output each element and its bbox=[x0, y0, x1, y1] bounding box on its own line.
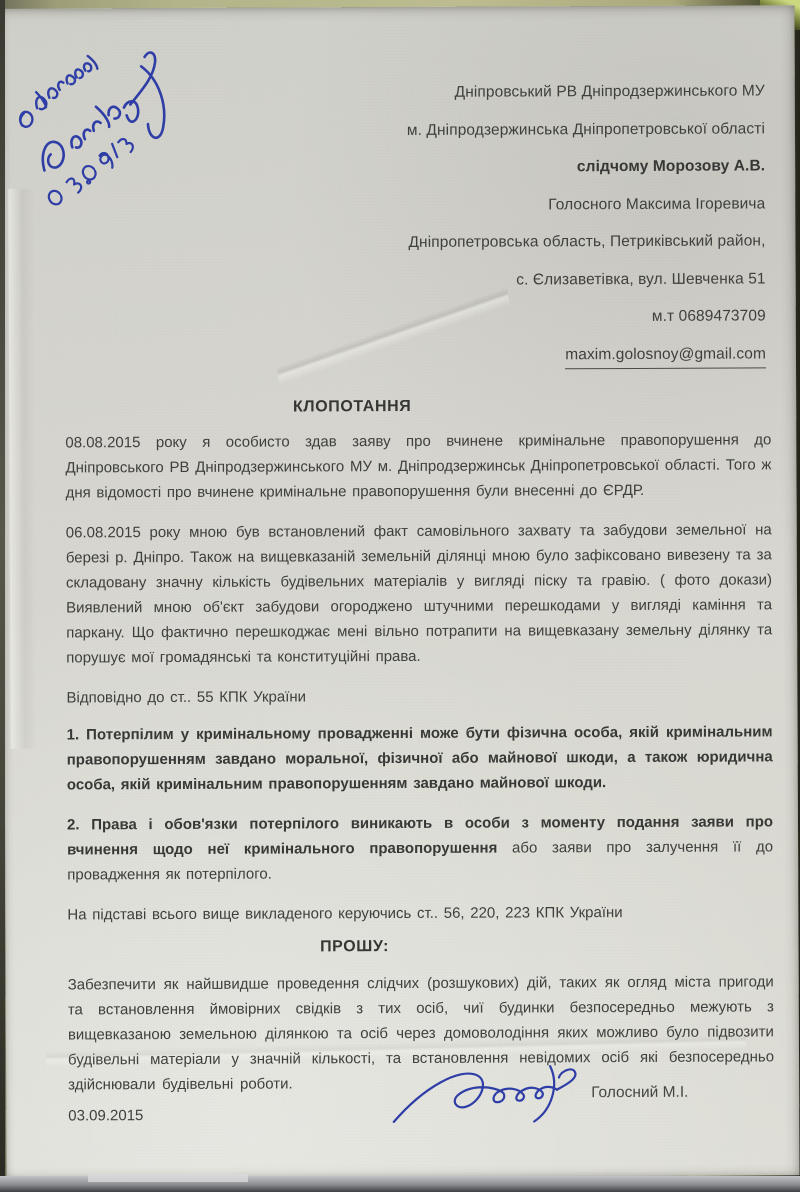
paragraph-facts: 06.08.2015 року мною був встановлений фа… bbox=[66, 517, 773, 670]
paragraph-basis: На підставі всього вище викладеного керу… bbox=[67, 899, 773, 927]
paragraph-intro: 08.08.2015 року я особисто здав заяву пр… bbox=[65, 427, 771, 505]
header-line-phone: м.т 0689473709 bbox=[408, 304, 766, 330]
header-line-region: Дніпропетровська область, Петриківський … bbox=[407, 229, 765, 255]
document-title: КЛОПОТАННЯ bbox=[0, 397, 705, 418]
table-object-edge bbox=[88, 1174, 248, 1182]
recipient-header: Дніпровський РВ Дніпродзержинського МУ м… bbox=[407, 79, 766, 383]
paragraph-item-2: 2. Права і обов'язки потерпілого виникаю… bbox=[67, 809, 773, 887]
header-line-address: с. Єлизаветівка, вул. Шевченка 51 bbox=[407, 267, 765, 293]
handwritten-received-note bbox=[7, 10, 228, 206]
paper-crease bbox=[8, 189, 36, 749]
header-line-department: Дніпровський РВ Дніпродзержинського МУ bbox=[407, 79, 765, 105]
signature-stroke bbox=[384, 1052, 599, 1141]
request-heading: ПРОШУ: bbox=[2, 937, 708, 958]
header-line-city: м. Дніпродзержинська Дніпропетровської о… bbox=[407, 117, 765, 143]
header-line-applicant: Голосного Максима Ігоревича bbox=[407, 192, 765, 218]
paragraph-item-1: 1. Потерпілим у кримінальному провадженн… bbox=[67, 719, 773, 797]
header-email: maxim.golosnoy@gmail.com bbox=[565, 342, 766, 369]
paragraph-law-reference: Відповідно до ст.. 55 КПК України bbox=[66, 682, 772, 710]
document-page: Дніпровський РВ Дніпродзержинського МУ м… bbox=[1, 5, 799, 1178]
header-line-investigator: слідчому Морозову А.В. bbox=[407, 154, 765, 180]
signer-name: Голосний М.І. bbox=[591, 1084, 688, 1102]
photo-left-edge bbox=[0, 0, 5, 1192]
document-body: КЛОПОТАННЯ 08.08.2015 року я особисто зд… bbox=[65, 396, 774, 1124]
